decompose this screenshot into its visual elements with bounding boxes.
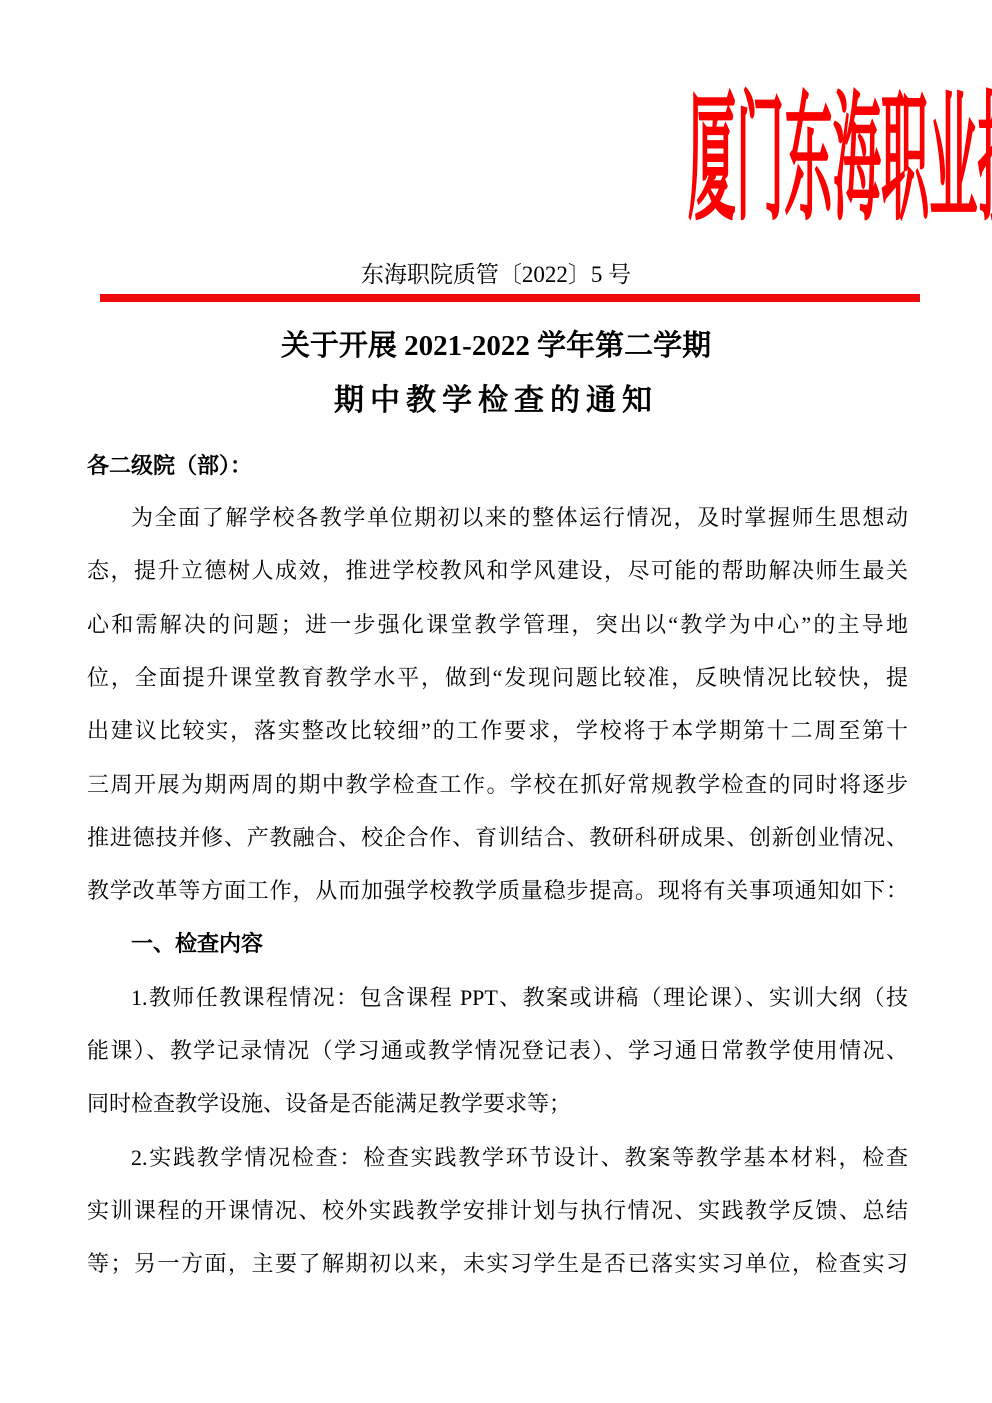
document-number: 东海职院质管〔2022〕5 号 bbox=[0, 261, 992, 289]
paragraph1-line3: 心和需解决的问题；进一步强化课堂教学管理，突出以“教学为中心”的主导地 bbox=[87, 610, 908, 640]
salutation: 各二级院（部）： bbox=[87, 451, 908, 481]
section-heading-check-content: 一、检查内容 bbox=[87, 929, 908, 959]
notice-title-line2: 期中教学检查的通知 bbox=[0, 384, 992, 418]
paragraph1-line5: 出建议比较实，落实整改比较细”的工作要求，学校将于本学期第十二周至第十 bbox=[87, 716, 908, 746]
paragraph3-line1: 2.实践教学情况检查：检查实践教学环节设计、教案等教学基本材料，检查 bbox=[87, 1143, 908, 1173]
paragraph2-line1: 1.教师任教课程情况：包含课程 PPT、教案或讲稿（理论课）、实训大纲（技 bbox=[87, 983, 908, 1013]
document-page: 厦门东海职业技术学院质管办文件 东海职院质管〔2022〕5 号 关于开展 202… bbox=[0, 0, 992, 1403]
notice-title-line1: 关于开展 2021-2022 学年第二学期 bbox=[0, 330, 992, 362]
paragraph1-line6: 三周开展为期两周的期中教学检查工作。学校在抓好常规教学检查的同时将逐步 bbox=[87, 770, 908, 800]
paragraph1-line1: 为全面了解学校各教学单位期初以来的整体运行情况，及时掌握师生思想动 bbox=[87, 503, 908, 533]
paragraph1-line8: 教学改革等方面工作，从而加强学校教学质量稳步提高。现将有关事项通知如下： bbox=[87, 876, 908, 906]
paragraph3-line3: 等；另一方面，主要了解期初以来，未实习学生是否已落实实习单位，检查实习 bbox=[87, 1249, 908, 1279]
paragraph1-line4: 位，全面提升课堂教育教学水平，做到“发现问题比较准，反映情况比较快，提 bbox=[87, 663, 908, 693]
paragraph2-line3: 同时检查教学设施、设备是否能满足教学要求等； bbox=[87, 1089, 908, 1119]
red-rule-divider bbox=[100, 294, 920, 302]
paragraph3-line2: 实训课程的开课情况、校外实践教学安排计划与执行情况、实践教学反馈、总结 bbox=[87, 1196, 908, 1226]
paragraph2-line2: 能课）、教学记录情况（学习通或教学情况登记表）、学习通日常教学使用情况、 bbox=[87, 1036, 908, 1066]
letterhead-banner-text: 厦门东海职业技术学院质管办文件 bbox=[688, 88, 992, 233]
paragraph1-line7: 推进德技并修、产教融合、校企合作、育训结合、教研科研成果、创新创业情况、 bbox=[87, 823, 908, 853]
paragraph1-line2: 态，提升立德树人成效，推进学校教风和学风建设，尽可能的帮助解决师生最关 bbox=[87, 556, 908, 586]
letterhead-banner: 厦门东海职业技术学院质管办文件 bbox=[0, 88, 992, 233]
